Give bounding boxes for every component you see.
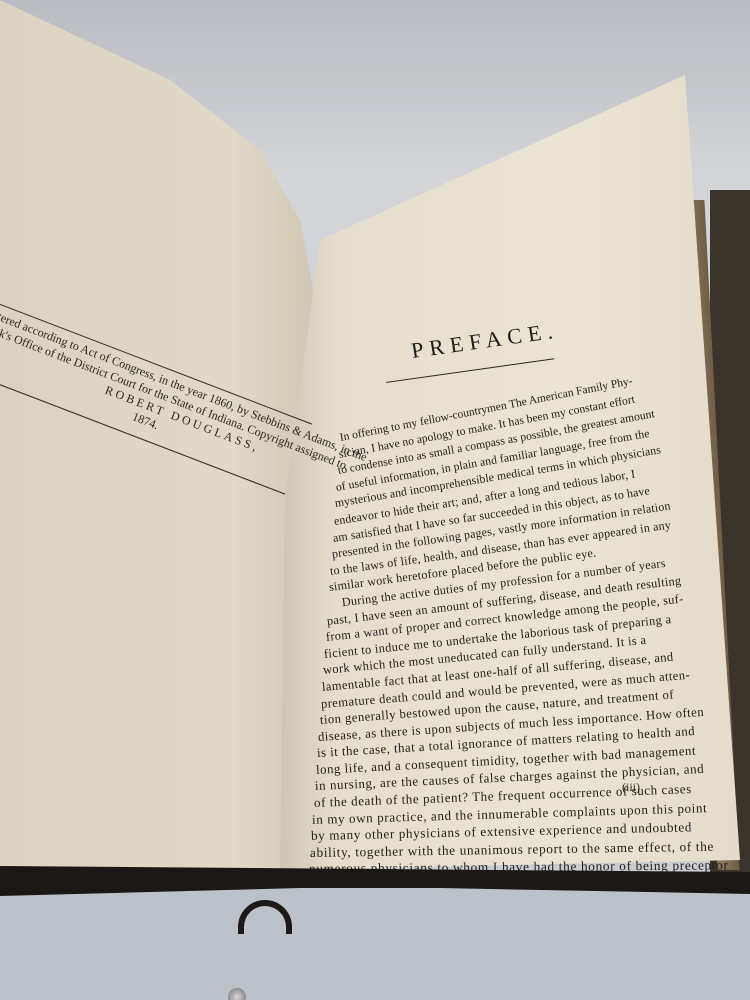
- preface-body: In offering to my fellow-countrymen The …: [340, 430, 730, 878]
- page-number: (iii): [622, 780, 640, 795]
- stand-screw: [228, 988, 246, 1000]
- book-stand-surface: [0, 880, 750, 1000]
